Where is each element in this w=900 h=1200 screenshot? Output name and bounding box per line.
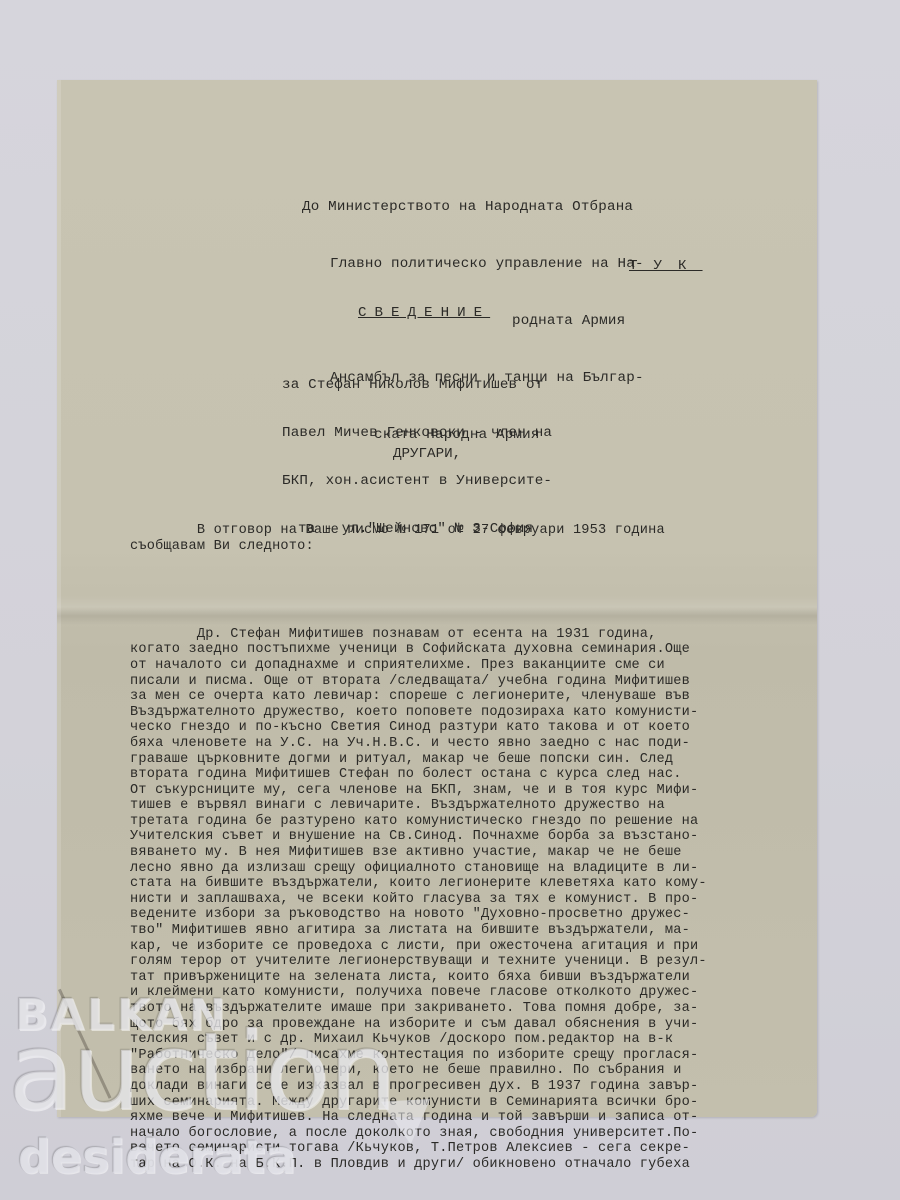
text-line: кар, че изборите се проведоха с листи, п… — [130, 939, 707, 955]
text-line: вяването му. В нея Мифитишев взе активно… — [130, 845, 707, 861]
destination-label: ТУК — [629, 258, 703, 274]
text-line: В отговор на Ваше писмо № 171 от 27 февр… — [130, 523, 707, 539]
text-line: от началото си допаднахме и сприятелихме… — [130, 658, 707, 674]
text-line: бяха членовете на У.С. на Уч.Н.В.С. и че… — [130, 736, 707, 752]
greeting: ДРУГАРИ, — [393, 446, 461, 462]
subject-line: за Стефан Николов Мифитишев от — [282, 377, 552, 393]
text-line: граваше църковните догми и ритуал, макар… — [130, 752, 707, 768]
text-line: Учителския съвет и внушение на Св.Синод.… — [130, 829, 707, 845]
address-line: Главно политическо управление на На- — [302, 255, 644, 274]
text-line: писали и писма. Още от втората /следваща… — [130, 674, 707, 690]
paragraph-gap — [130, 586, 707, 596]
text-line: Др. Стефан Мифитишев познавам от есента … — [130, 627, 707, 643]
text-line: когато заедно постъпихме ученици в Софий… — [130, 642, 707, 658]
paragraph-1: В отговор на Ваше писмо № 171 от 27 февр… — [130, 523, 707, 554]
text-line: за мен се очерта като левичар: спореше с… — [130, 689, 707, 705]
text-line: лесно явно да излизаш срещу официалното … — [130, 861, 707, 877]
subject-line: БКП, хон.асистент в Университе- — [282, 473, 552, 489]
text-line: Въздържателното дружество, което поповет… — [130, 705, 707, 721]
document-title: СВЕДЕНИЕ — [358, 305, 490, 321]
subject-line: Павел Мичев Генковски - член на — [282, 425, 552, 441]
text-line: От съкурсниците му, сега членове на БКП,… — [130, 783, 707, 799]
watermark-desiderata: desiderata — [18, 1130, 296, 1184]
text-line: ведените избори за ръководство на новото… — [130, 907, 707, 923]
text-line: ческо гнездо и по-късно Светия Синод раз… — [130, 720, 707, 736]
text-line: втората година Мифитишев Стефан по болес… — [130, 767, 707, 783]
text-line: голям терор от учителите легионерствуващ… — [130, 954, 707, 970]
watermark-auction: auction — [8, 1010, 395, 1135]
address-line: До Министерството на Народната Отбрана — [302, 198, 644, 217]
text-line: съобщавам Ви следното: — [130, 539, 707, 555]
text-line: тишев е вървял винаги с левичарите. Възд… — [130, 798, 707, 814]
text-line: третата година бе разтурено като комунис… — [130, 814, 707, 830]
text-line: тво" Мифитишев явно агитира за листата н… — [130, 923, 707, 939]
text-line: стата на бившите въздържатели, които лег… — [130, 876, 707, 892]
text-line: нисти и заплашваха, че всеки който гласу… — [130, 892, 707, 908]
text-line: тат привържениците на зелената листа, ко… — [130, 970, 707, 986]
